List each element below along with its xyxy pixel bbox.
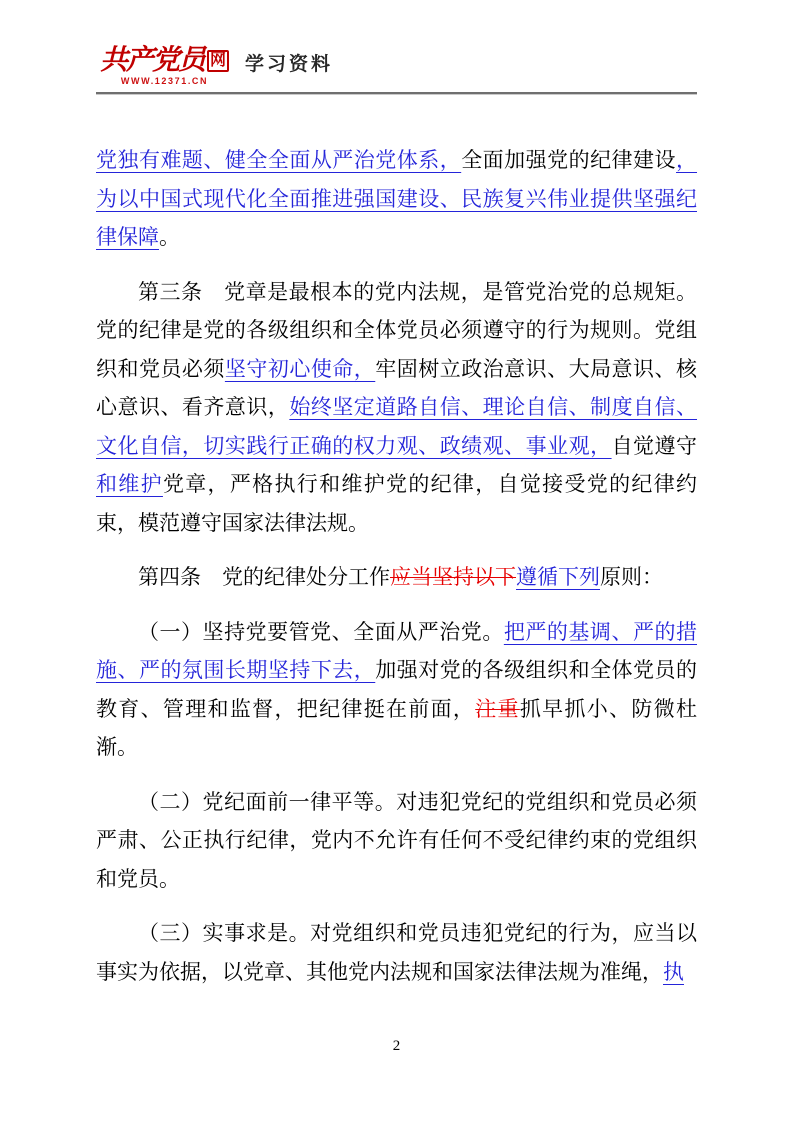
inserted-text: 和维护	[96, 472, 163, 496]
text-run-normal: 党章，严格执行和维护党的纪律，自觉接受党的纪律约束，模范遵守国家法律法规。	[96, 472, 697, 535]
site-logo: 共产党员网 WWW.12371.CN	[100, 46, 229, 86]
inserted-text: 执	[663, 960, 684, 984]
text-run-normal: 第四条 党的纪律处分工作	[138, 565, 390, 589]
inserted-text: 坚守初心使命，	[225, 357, 375, 381]
paragraph: （三）实事求是。对党组织和党员违犯党纪的行为，应当以事实为依据，以党章、其他党内…	[96, 914, 697, 991]
inserted-text: 党独有难题、健全全面从严治党体系，	[96, 148, 461, 172]
logo-net-box: 网	[207, 50, 229, 72]
text-run-normal: （一）坚持党要管党、全面从严治党。	[138, 620, 504, 644]
deleted-text: 应当坚持以下	[390, 565, 516, 589]
text-run-normal: 自觉遵守	[612, 434, 697, 458]
text-run-normal: 。	[159, 225, 180, 249]
inserted-text: 遵循下列	[516, 565, 600, 589]
text-run-normal: 原则：	[600, 565, 663, 589]
paragraph: （二）党纪面前一律平等。对违犯党纪的党组织和党员必须严肃、公正执行纪律，党内不允…	[96, 783, 697, 899]
document-body: 党独有难题、健全全面从严治党体系，全面加强党的纪律建设，为以中国式现代化全面推进…	[96, 141, 697, 1007]
header-divider	[96, 92, 697, 95]
study-material-label: 学习资料	[245, 49, 333, 86]
text-run-normal: 全面加强党的纪律建设	[461, 148, 676, 172]
paragraph: 第四条 党的纪律处分工作应当坚持以下遵循下列原则：	[96, 558, 697, 597]
deleted-text: 注重	[475, 697, 520, 721]
paragraph: （一）坚持党要管党、全面从严治党。把严的基调、严的措施、严的氛围长期坚持下去，加…	[96, 613, 697, 767]
paragraph: 第三条 党章是最根本的党内法规，是管党治党的总规矩。党的纪律是党的各级组织和全体…	[96, 273, 697, 543]
page-number: 2	[0, 1038, 793, 1055]
text-run-normal: （三）实事求是。对党组织和党员违犯党纪的行为，应当以事实为依据，以党章、其他党内…	[96, 921, 697, 984]
logo-website-url: WWW.12371.CN	[121, 76, 208, 86]
site-header: 共产党员网 WWW.12371.CN 学习资料	[100, 46, 333, 86]
logo-calligraphy-text: 共产党员网	[100, 46, 229, 76]
text-run-normal: （二）党纪面前一律平等。对违犯党纪的党组织和党员必须严肃、公正执行纪律，党内不允…	[96, 790, 697, 891]
paragraph: 党独有难题、健全全面从严治党体系，全面加强党的纪律建设，为以中国式现代化全面推进…	[96, 141, 697, 257]
logo-party-member-text: 共产党员	[100, 45, 204, 76]
document-page: 共产党员网 WWW.12371.CN 学习资料 党独有难题、健全全面从严治党体系…	[0, 0, 793, 1122]
